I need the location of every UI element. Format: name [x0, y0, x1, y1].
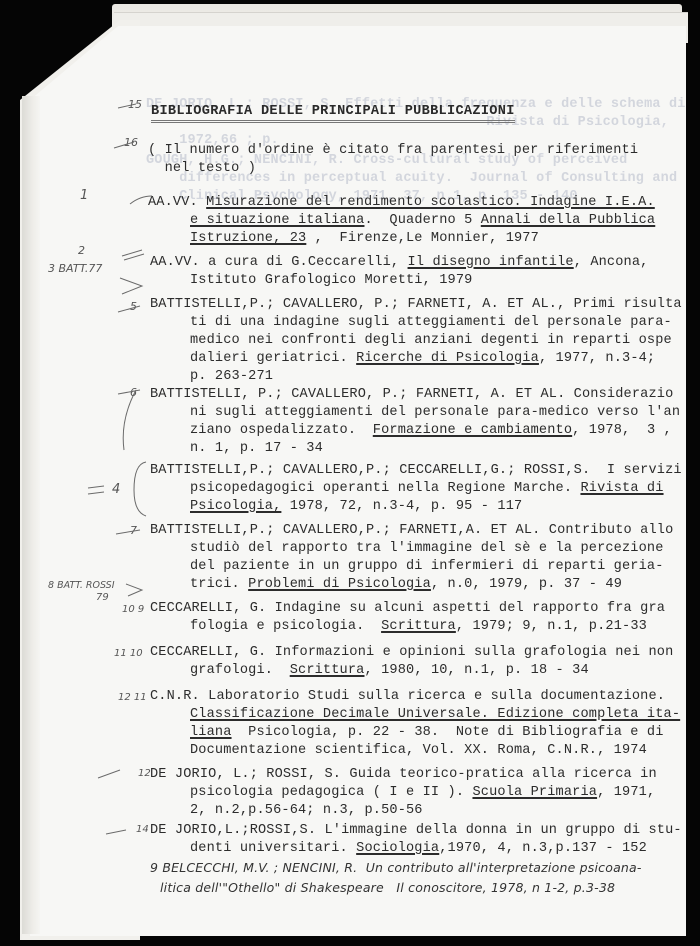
margin-marks-icon — [0, 0, 700, 946]
document-content: DE JORIO, L.; ROSSI, S. Effetti della fr… — [0, 0, 700, 946]
